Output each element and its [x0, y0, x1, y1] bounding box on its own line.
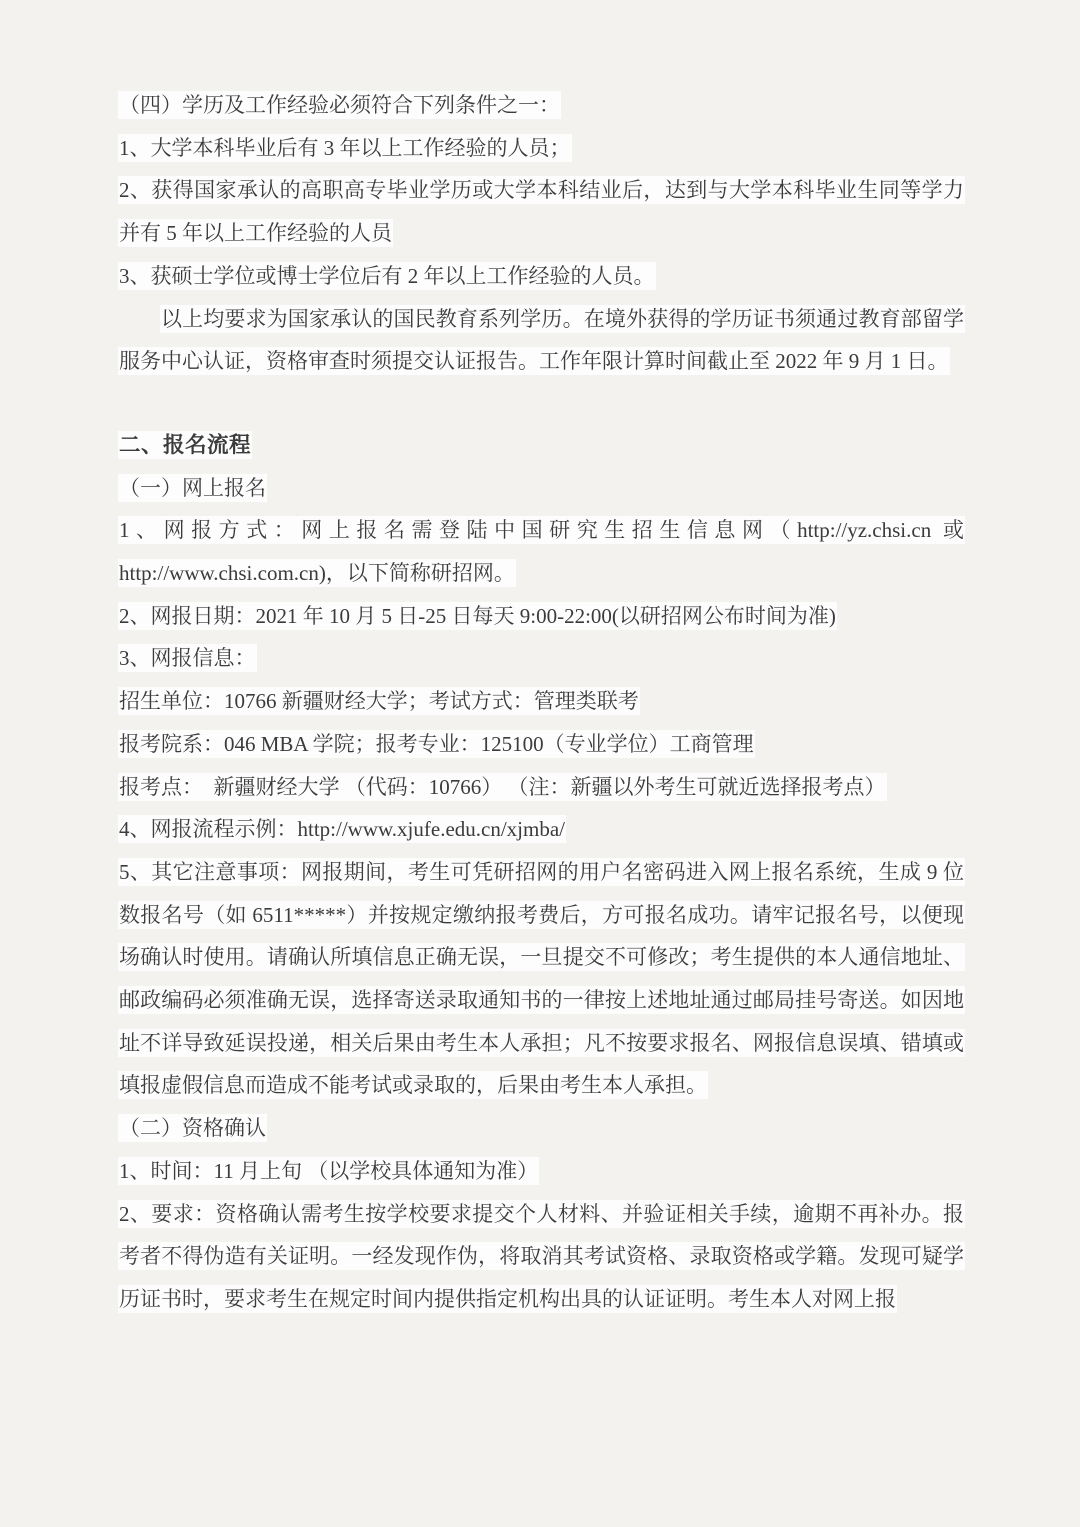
subsection-qualification-confirmation-text: （二）资格确认 [118, 1114, 267, 1142]
subsection-qualification-confirmation: （二）资格确认 [118, 1107, 965, 1150]
para-clause-4: （四）学历及工作经验必须符合下列条件之一： [118, 84, 965, 127]
para-education-recognition-note-text: 以上均要求为国家承认的国民教育系列学历。在境外获得的学历证书须通过教育部留学服务… [118, 305, 965, 376]
para-confirmation-time: 1、时间：11 月上旬 （以学校具体通知为准） [118, 1150, 965, 1193]
para-condition-3-text: 3、获硕士学位或博士学位后有 2 年以上工作经验的人员。 [118, 262, 656, 290]
para-condition-3: 3、获硕士学位或博士学位后有 2 年以上工作经验的人员。 [118, 255, 965, 298]
para-confirmation-requirements: 2、要求：资格确认需考生按学校要求提交个人材料、并验证相关手续，逾期不再补办。报… [118, 1193, 965, 1321]
document-page: （四）学历及工作经验必须符合下列条件之一： 1、大学本科毕业后有 3 年以上工作… [0, 0, 1080, 1527]
section-heading-registration-process: 二、报名流程 [118, 424, 965, 467]
para-registration-date: 2、网报日期：2021 年 10 月 5 日-25 日每天 9:00-22:00… [118, 595, 965, 638]
para-registration-date-text: 2、网报日期：2021 年 10 月 5 日-25 日每天 9:00-22:00… [118, 602, 837, 630]
para-exam-site-text: 报考点： 新疆财经大学 （代码：10766） （注：新疆以外考生可就近选择报考点… [118, 773, 887, 801]
para-exam-site: 报考点： 新疆财经大学 （代码：10766） （注：新疆以外考生可就近选择报考点… [118, 766, 965, 809]
para-department-and-major-text: 报考院系：046 MBA 学院；报考专业：125100（专业学位）工商管理 [118, 730, 755, 758]
para-other-notes: 5、其它注意事项：网报期间，考生可凭研招网的用户名密码进入网上报名系统，生成 9… [118, 851, 965, 1107]
para-department-and-major: 报考院系：046 MBA 学院；报考专业：125100（专业学位）工商管理 [118, 723, 965, 766]
section-heading-registration-process-text: 二、报名流程 [118, 431, 252, 459]
para-confirmation-requirements-text: 2、要求：资格确认需考生按学校要求提交个人材料、并验证相关手续，逾期不再补办。报… [118, 1200, 965, 1313]
para-clause-4-text: （四）学历及工作经验必须符合下列条件之一： [118, 91, 561, 119]
para-condition-1-text: 1、大学本科毕业后有 3 年以上工作经验的人员； [118, 134, 572, 162]
subsection-online-registration-text: （一）网上报名 [118, 474, 267, 502]
para-condition-2-text: 2、获得国家承认的高职高专毕业学历或大学本科结业后，达到与大学本科毕业生同等学力… [118, 176, 965, 247]
para-admission-unit-text: 招生单位：10766 新疆财经大学；考试方式：管理类联考 [118, 687, 640, 715]
para-education-recognition-note: 以上均要求为国家承认的国民教育系列学历。在境外获得的学历证书须通过教育部留学服务… [118, 298, 965, 383]
para-admission-unit: 招生单位：10766 新疆财经大学；考试方式：管理类联考 [118, 680, 965, 723]
para-registration-info: 3、网报信息： [118, 637, 965, 680]
para-other-notes-text: 5、其它注意事项：网报期间，考生可凭研招网的用户名密码进入网上报名系统，生成 9… [118, 858, 965, 1100]
para-registration-info-text: 3、网报信息： [118, 644, 257, 672]
para-condition-2: 2、获得国家承认的高职高专毕业学历或大学本科结业后，达到与大学本科毕业生同等学力… [118, 169, 965, 254]
subsection-online-registration: （一）网上报名 [118, 467, 965, 510]
para-registration-method-text: 1、网报方式：网上报名需登陆中国研究生招生信息网（http://yz.chsi.… [118, 516, 965, 587]
para-condition-1: 1、大学本科毕业后有 3 年以上工作经验的人员； [118, 127, 965, 170]
blank-line [118, 383, 965, 424]
para-registration-method: 1、网报方式：网上报名需登陆中国研究生招生信息网（http://yz.chsi.… [118, 509, 965, 594]
para-confirmation-time-text: 1、时间：11 月上旬 （以学校具体通知为准） [118, 1157, 539, 1185]
para-process-example-url: 4、网报流程示例：http://www.xjufe.edu.cn/xjmba/ [118, 808, 965, 851]
para-process-example-url-text: 4、网报流程示例：http://www.xjufe.edu.cn/xjmba/ [118, 815, 566, 843]
